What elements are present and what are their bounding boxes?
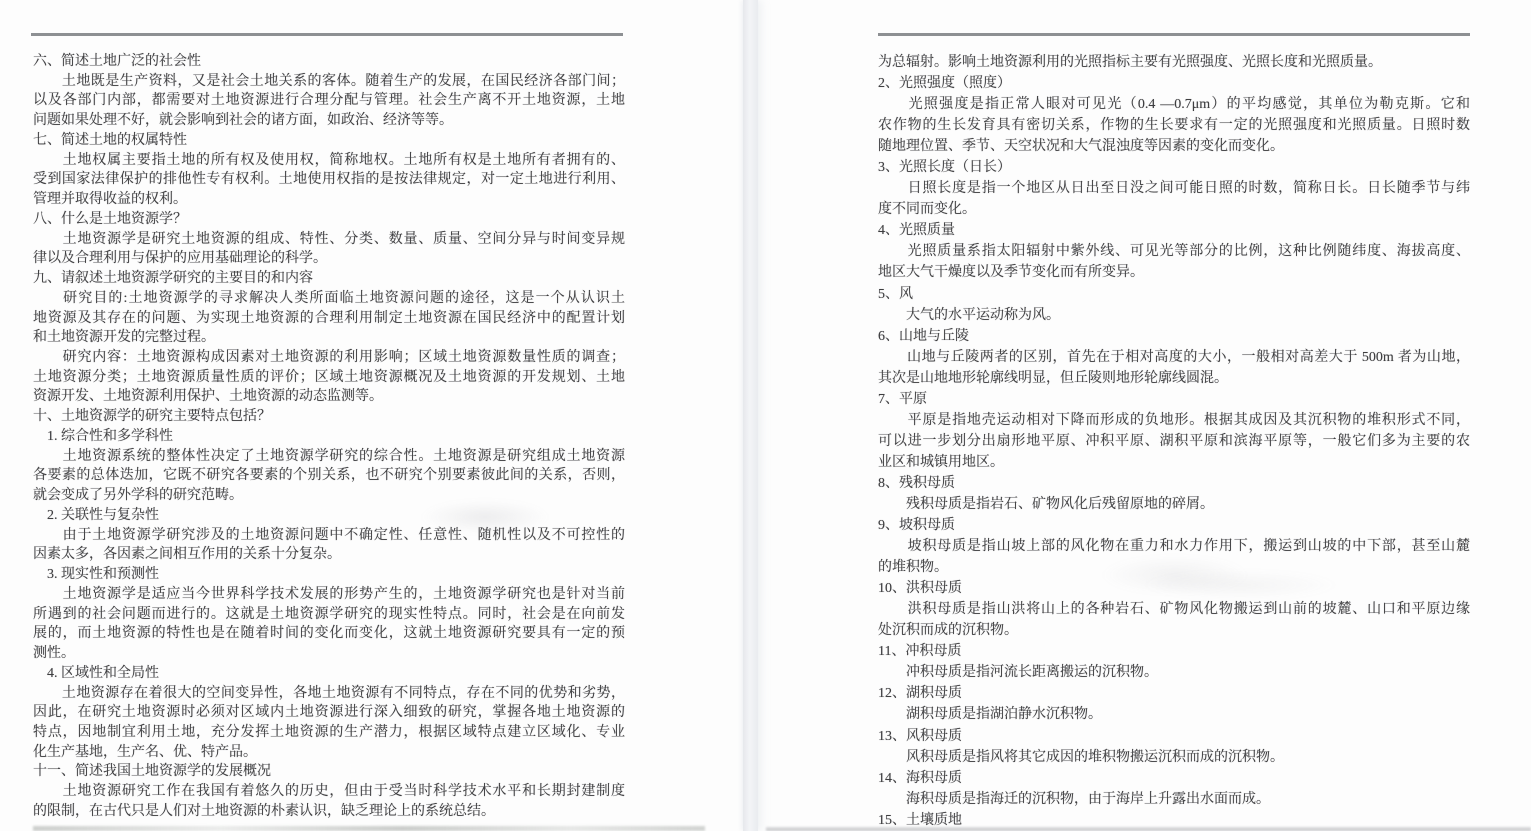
text-line: 9、坡积母质 <box>878 515 1470 536</box>
text-line: 4. 区域性和全局性 <box>33 664 625 684</box>
text-line: 就会变成了另外学科的研究范畴。 <box>33 486 625 506</box>
text-line: 1. 综合性和多学科性 <box>33 427 625 447</box>
text-line: 可以进一步划分出扇形地平原、冲积平原、湖积平原和滨海平原等，一般它们多为主要的农 <box>878 431 1470 452</box>
text-line: 十一、简述我国土地资源学的发展概况 <box>33 762 625 782</box>
text-line: 研究内容：土地资源构成因素对土地资源的利用影响；区域土地资源数量性质的调查； <box>33 348 625 368</box>
text-line: 地区大气干燥度以及季节变化而有所变异。 <box>878 262 1470 283</box>
text-line: 地资源及其存在的问题、为实现土地资源的合理利用制定土地资源在国民经济中的配置计划 <box>33 309 625 329</box>
text-line: 洪积母质是指山洪将山上的各种岩石、矿物风化物搬运到山前的坡麓、山口和平原边缘 <box>878 599 1470 620</box>
text-line: 山地与丘陵两者的区别，首先在于相对高度的大小，一般相对高差大于 500m 者为山… <box>878 347 1470 368</box>
text-line: 特点，因地制宜利用土地，充分发挥土地资源的生产潜力，根据区域特点建立区域化、专业 <box>33 723 625 743</box>
left-page-header-rule <box>31 33 623 36</box>
right-page-header-rule <box>878 33 1470 36</box>
text-line: 各要素的总体迭加，它既不研究各要素的个别关系，也不研究个别要素彼此间的关系，否则… <box>33 466 625 486</box>
text-line: 农作物的生长发育具有密切关系，作物的生长要求有一定的光照强度和光照质量。日照时数 <box>878 115 1470 136</box>
text-line: 平原是指地壳运动相对下降而形成的负地形。根据其成因及其沉积物的堆积形式不同， <box>878 410 1470 431</box>
text-line: 土地资源存在着很大的空间变异性，各地土地资源有不同特点，存在不同的优势和劣势， <box>33 684 625 704</box>
text-line: 5、风 <box>878 284 1470 305</box>
text-line: 十、土地资源学的研究主要特点包括？ <box>33 407 625 427</box>
text-line: 和土地资源开发的完整过程。 <box>33 328 625 348</box>
text-line: 2、光照强度（照度） <box>878 73 1470 94</box>
text-line: 冲积母质是指河流长距离搬运的沉积物。 <box>878 662 1470 683</box>
cutoff-text-line <box>33 826 705 831</box>
text-line: 七、简述土地的权属特性 <box>33 131 625 151</box>
text-line: 坡积母质是指山坡上部的风化物在重力和水力作用下，搬运到山坡的中下部，甚至山麓 <box>878 536 1470 557</box>
text-line: 土地资源学是研究土地资源的组成、特性、分类、数量、质量、空间分异与时间变异规 <box>33 230 625 250</box>
text-line: 4、光照质量 <box>878 220 1470 241</box>
text-line: 3. 现实性和预测性 <box>33 565 625 585</box>
text-line: 土地资源系统的整体性决定了土地资源学研究的综合性。土地资源是研究组成土地资源 <box>33 447 625 467</box>
text-line: 12、湖积母质 <box>878 683 1470 704</box>
text-line: 6、山地与丘陵 <box>878 326 1470 347</box>
text-line: 风积母质是指风将其它成因的堆积物搬运沉积而成的沉积物。 <box>878 747 1470 768</box>
text-line: 日照长度是指一个地区从日出至日没之间可能日照的时数，简称日长。日长随季节与纬 <box>878 178 1470 199</box>
text-line: 其次是山地地形轮廓线明显，但丘陵则地形轮廓线圆混。 <box>878 368 1470 389</box>
text-line: 3、光照长度（日长） <box>878 157 1470 178</box>
text-line: 九、请叙述土地资源学研究的主要目的和内容 <box>33 269 625 289</box>
text-line: 展的，而土地资源的特性也是在随着时间的变化而变化，这就土地资源研究要具有一定的预 <box>33 624 625 644</box>
text-line: 7、平原 <box>878 389 1470 410</box>
text-line: 海积母质是指海迁的沉积物，由于海岸上升露出水面而成。 <box>878 789 1470 810</box>
text-line: 由于土地资源学研究涉及的土地资源问题中不确定性、任意性、随机性以及不可控性的 <box>33 526 625 546</box>
text-line: 研究目的:土地资源学的寻求解决人类所面临土地资源问题的途径，这是一个从认识土 <box>33 289 625 309</box>
text-line: 湖积母质是指湖泊静水沉积物。 <box>878 704 1470 725</box>
text-line: 业区和城镇用地区。 <box>878 452 1470 473</box>
text-line: 管理并取得收益的权利。 <box>33 190 625 210</box>
text-line: 光照质量系指太阳辐射中紫外线、可见光等部分的比例，这种比例随纬度、海拔高度、 <box>878 241 1470 262</box>
text-line: 所遇到的社会问题而进行的。这就是土地资源学研究的现实性特点。同时，社会是在向前发 <box>33 605 625 625</box>
text-line: 残积母质是指岩石、矿物风化后残留原地的碎屑。 <box>878 494 1470 515</box>
text-line: 为总辐射。影响土地资源利用的光照指标主要有光照强度、光照长度和光照质量。 <box>878 52 1470 73</box>
text-line: 2. 关联性与复杂性 <box>33 506 625 526</box>
text-line: 测性。 <box>33 644 625 664</box>
text-line: 受到国家法律保护的排他性专有权利。土地使用权指的是按法律规定，对一定土地进行利用… <box>33 170 625 190</box>
text-line: 度不同而变化。 <box>878 199 1470 220</box>
text-line: 土地资源分类；土地资源质量性质的评价；区域土地资源概况及土地资源的开发规划、土地 <box>33 368 625 388</box>
text-line: 8、残积母质 <box>878 473 1470 494</box>
text-line: 的限制，在古代只是人们对土地资源的朴素认识，缺乏理论上的系统总结。 <box>33 802 625 822</box>
scanned-page-left: 六、简述土地广泛的社会性 土地既是生产资料，又是社会土地关系的客体。随着生产的发… <box>33 52 625 822</box>
text-line: 14、海积母质 <box>878 768 1470 789</box>
text-line: 化生产基地，生产名、优、特产品。 <box>33 743 625 763</box>
text-line: 11、冲积母质 <box>878 641 1470 662</box>
text-line: 律以及合理利用与保护的应用基础理论的科学。 <box>33 249 625 269</box>
text-line: 因此，在研究土地资源时必须对区域内土地资源进行深入细致的研究，掌握各地土地资源的 <box>33 703 625 723</box>
text-line: 土地权属主要指土地的所有权及使用权，简称地权。土地所有权是土地所有者拥有的、 <box>33 151 625 171</box>
scanned-page-right: 为总辐射。影响土地资源利用的光照指标主要有光照强度、光照长度和光照质量。2、光照… <box>878 52 1470 831</box>
text-line: 大气的水平运动称为风。 <box>878 305 1470 326</box>
text-line: 以及各部门内部，都需要对土地资源进行合理分配与管理。社会生产离不开土地资源，土地 <box>33 91 625 111</box>
text-line: 土地资源学是适应当今世界科学技术发展的形势产生的，土地资源学研究也是针对当前 <box>33 585 625 605</box>
text-line: 因素太多，各因素之间相互作用的关系十分复杂。 <box>33 545 625 565</box>
text-line: 光照强度是指正常人眼对可见光（0.4 —0.7μm）的平均感觉，其单位为勒克斯。… <box>878 94 1470 115</box>
text-line: 资源开发、土地资源利用保护、土地资源的动态监测等。 <box>33 387 625 407</box>
text-line: 15、土壤质地 <box>878 810 1470 831</box>
text-line: 问题如果处理不好，就会影响到社会的诸方面，如政治、经济等等。 <box>33 111 625 131</box>
text-line: 六、简述土地广泛的社会性 <box>33 52 625 72</box>
text-line: 13、风积母质 <box>878 726 1470 747</box>
text-line: 八、什么是土地资源学？ <box>33 210 625 230</box>
page-gap-divider <box>743 0 758 831</box>
text-line: 土地资源研究工作在我国有着悠久的历史，但由于受当时科学技术水平和长期封建制度 <box>33 782 625 802</box>
text-line: 的堆积物。 <box>878 557 1470 578</box>
text-line: 处沉积而成的沉积物。 <box>878 620 1470 641</box>
text-line: 10、洪积母质 <box>878 578 1470 599</box>
text-line: 随地理位置、季节、天空状况和大气混浊度等因素的变化而变化。 <box>878 136 1470 157</box>
text-line: 土地既是生产资料，又是社会土地关系的客体。随着生产的发展，在国民经济各部门间； <box>33 72 625 92</box>
